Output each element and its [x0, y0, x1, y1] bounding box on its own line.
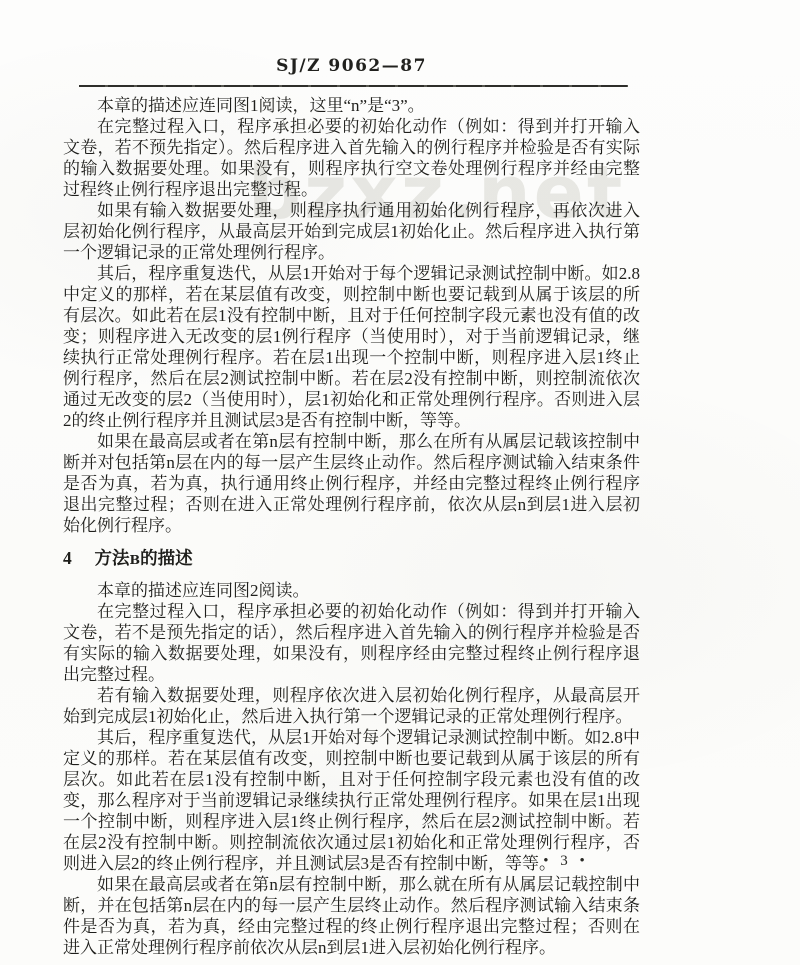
section-title-pre: 方法 [95, 548, 130, 568]
paragraph: 在完整过程入口，程序承担必要的初始化动作（例如：得到并打开输入文卷，若不是预先指… [63, 601, 640, 685]
header-rule [79, 85, 628, 87]
paragraph: 其后，程序重复迭代，从层1开始对每个逻辑记录测试控制中断。如2.8中定义的那样。… [63, 727, 640, 874]
paragraph: 如果在最高层或者在第n层有控制中断，那么在所有从属层记载该控制中断并对包括第n层… [63, 431, 640, 536]
paragraph: 本章的描述应连同图2阅读。 [63, 580, 640, 601]
section-title-post: 的描述 [140, 548, 193, 568]
section-number: 4 [63, 548, 72, 568]
paragraph: 如果有输入数据要处理，则程序执行通用初始化例行程序，再依次进入层初始化例行程序，… [63, 200, 640, 263]
paragraph: 本章的描述应连同图1阅读，这里“n”是“3”。 [63, 95, 640, 116]
section-4-heading: 4方法B的描述 [63, 547, 640, 571]
body-text: 本章的描述应连同图1阅读，这里“n”是“3”。 在完整过程入口，程序承担必要的初… [63, 95, 640, 958]
standard-number-header: SJ/Z 9062—87 [63, 56, 640, 76]
page-content: SJ/Z 9062—87 本章的描述应连同图1阅读，这里“n”是“3”。 在完整… [63, 56, 640, 958]
scanned-standard-page: { "page": { "header": "SJ/Z 9062—87", "w… [0, 0, 800, 965]
section-title-method-letter: B [130, 552, 141, 567]
page-number: • 3 • [516, 853, 616, 870]
paragraph: 如果在最高层或者在第n层有控制中断，那么就在所有从属层记载控制中断，并在包括第n… [63, 874, 640, 958]
paragraph: 其后，程序重复迭代，从层1开始对于每个逻辑记录测试控制中断。如2.8中定义的那样… [63, 263, 640, 431]
paragraph: 若有输入数据要处理，则程序依次进入层初始化例行程序，从最高层开始到完成层1初始化… [63, 685, 640, 727]
paragraph: 在完整过程入口，程序承担必要的初始化动作（例如：得到并打开输入文卷，若不预先指定… [63, 116, 640, 200]
